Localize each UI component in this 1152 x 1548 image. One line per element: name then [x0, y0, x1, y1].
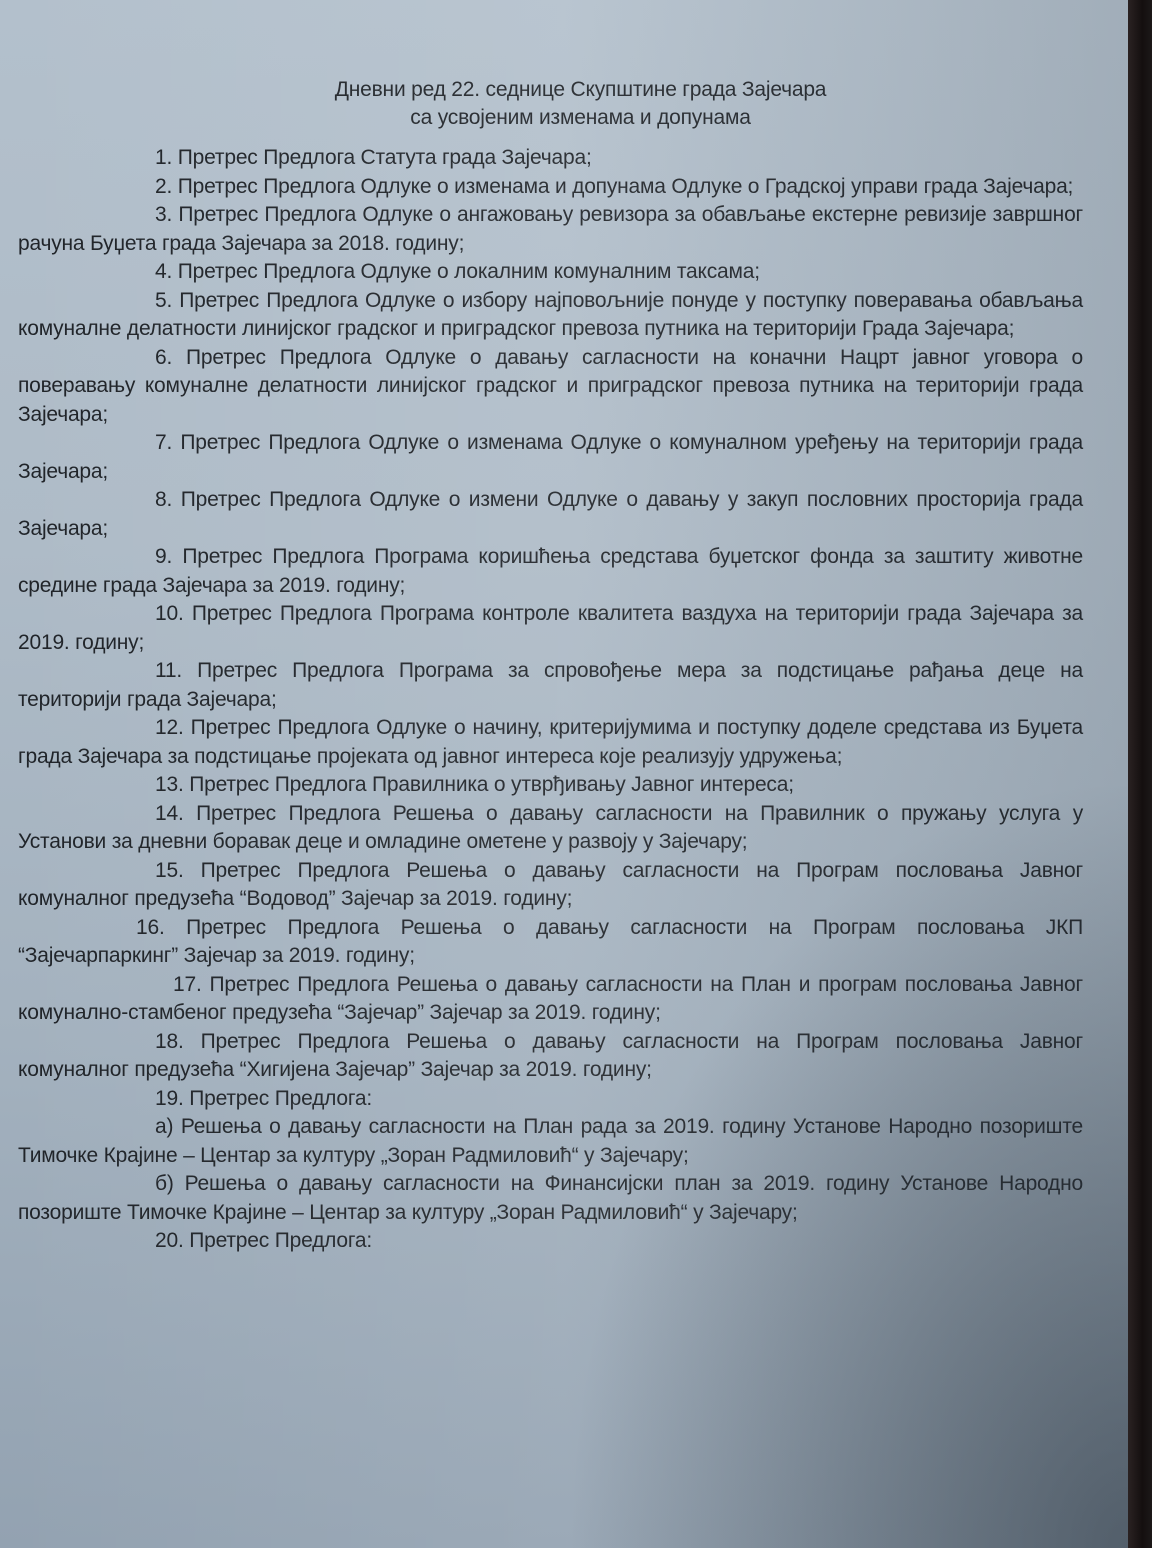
agenda-document: Дневни ред 22. седнице Скупштине града З… [18, 76, 1083, 1256]
agenda-item-16: 16. Претрес Предлога Решења о давању саг… [18, 914, 1083, 971]
agenda-item-11: 11. Претрес Предлога Програма за спровођ… [18, 657, 1083, 714]
agenda-item-18: 18. Претрес Предлога Решења о давању саг… [18, 1028, 1083, 1085]
title-line-1: Дневни ред 22. седнице Скупштине града З… [78, 76, 1083, 104]
document-page: Дневни ред 22. седнице Скупштине града З… [0, 0, 1128, 1548]
agenda-item-15: 15. Претрес Предлога Решења о давању саг… [18, 857, 1083, 914]
agenda-item-6: 6. Претрес Предлога Одлуке о давању сагл… [18, 344, 1083, 430]
agenda-item-13: 13. Претрес Предлога Правилника о утврђи… [18, 771, 1083, 800]
title-line-2: са усвојеним изменама и допунама [78, 104, 1083, 132]
page-edge-shadow [1128, 0, 1152, 1548]
agenda-item-12: 12. Претрес Предлога Одлуке о начину, кр… [18, 714, 1083, 771]
agenda-item-20: 20. Претрес Предлога: [18, 1227, 1083, 1256]
agenda-item-4: 4. Претрес Предлога Одлуке о локалним ко… [18, 258, 1083, 287]
agenda-item-3: 3. Претрес Предлога Одлуке о ангажовању … [18, 201, 1083, 258]
agenda-sub-item-19a: а) Решења о давању сагласности на План р… [18, 1113, 1083, 1170]
agenda-items: 1. Претрес Предлога Статута града Зајеча… [18, 144, 1083, 1256]
agenda-sub-item-19b: б) Решења о давању сагласности на Финанс… [18, 1170, 1083, 1227]
agenda-item-1: 1. Претрес Предлога Статута града Зајеча… [18, 144, 1083, 173]
agenda-item-7: 7. Претрес Предлога Одлуке о изменама Од… [18, 429, 1083, 486]
agenda-item-17: 17. Претрес Предлога Решења о давању саг… [18, 971, 1083, 1028]
agenda-item-8: 8. Претрес Предлога Одлуке о измени Одлу… [18, 486, 1083, 543]
agenda-item-2: 2. Претрес Предлога Одлуке о изменама и … [18, 173, 1083, 202]
agenda-item-14: 14. Претрес Предлога Решења о давању саг… [18, 800, 1083, 857]
agenda-item-5: 5. Претрес Предлога Одлуке о избору најп… [18, 287, 1083, 344]
agenda-item-19: 19. Претрес Предлога: [18, 1085, 1083, 1114]
agenda-item-10: 10. Претрес Предлога Програма контроле к… [18, 600, 1083, 657]
document-title: Дневни ред 22. седнице Скупштине града З… [78, 76, 1083, 132]
agenda-item-9: 9. Претрес Предлога Програма коришћења с… [18, 543, 1083, 600]
